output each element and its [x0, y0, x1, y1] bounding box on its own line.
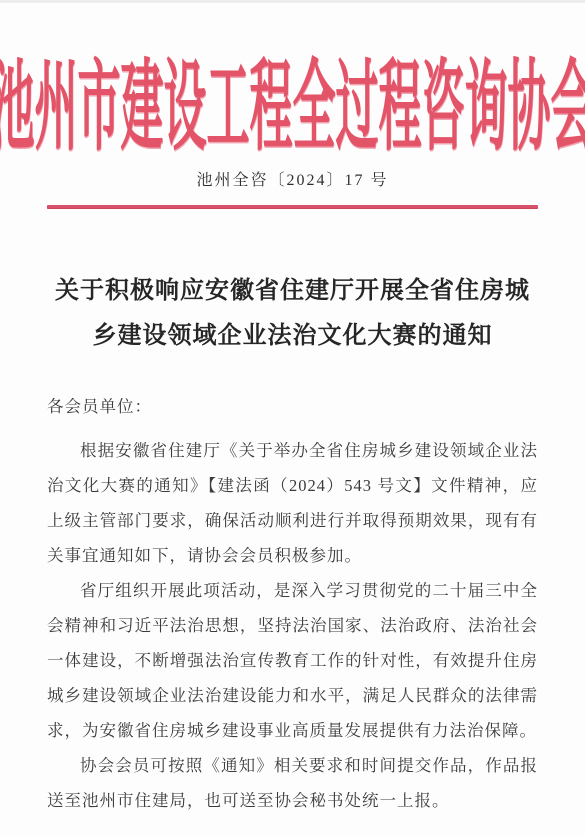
letterhead-org-name: 池州市建设工程全过程咨询协会 [0, 30, 585, 170]
doc-number: 池州全咨〔2024〕17 号 [47, 169, 538, 193]
letterhead: 池州市建设工程全过程咨询协会 [47, 48, 538, 153]
notice-title-line-2: 乡建设领域企业法治文化大赛的通知 [47, 314, 538, 359]
document-page: 池州市建设工程全过程咨询协会 池州全咨〔2024〕17 号 关于积极响应安徽省住… [0, 0, 585, 836]
notice-title: 关于积极响应安徽省住建厅开展全省住房城 乡建设领域企业法治文化大赛的通知 [47, 269, 538, 359]
body-paragraph: 省厅组织开展此项活动，是深入学习贯彻党的二十届三中全会精神和习近平法治思想，坚持… [47, 573, 538, 748]
red-divider-line [47, 205, 538, 209]
body-paragraph: 协会会员可按照《通知》相关要求和时间提交作品，作品报送至池州市住建局，也可送至协… [47, 748, 538, 818]
salutation: 各会员单位： [47, 389, 538, 424]
notice-body: 各会员单位： 根据安徽省住建厅《关于举办全省住房城乡建设领域企业法治文化大赛的通… [47, 389, 538, 818]
notice-title-line-1: 关于积极响应安徽省住建厅开展全省住房城 [47, 269, 538, 314]
body-paragraph: 根据安徽省住建厅《关于举办全省住房城乡建设领域企业法治文化大赛的通知》【建法函（… [47, 433, 538, 573]
